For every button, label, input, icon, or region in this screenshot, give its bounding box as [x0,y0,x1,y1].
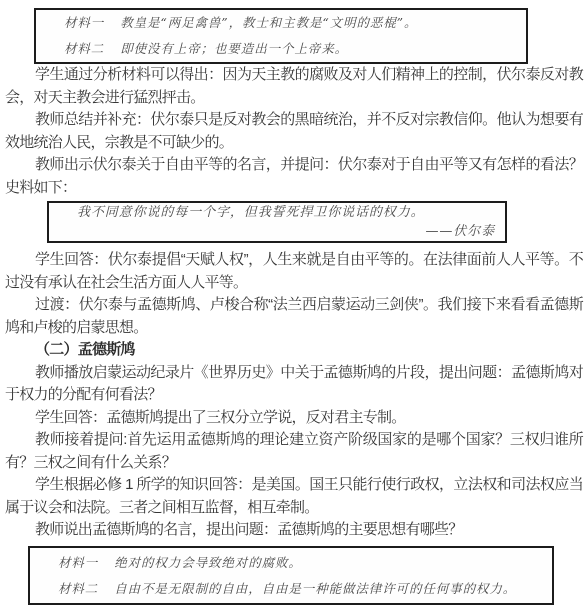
paragraph-teacher-followup-question: 教师接着提问:首先运用孟德斯鸠的理论建立资产阶级国家的是哪个国家？三权归谁所有？… [5,429,583,474]
paragraph-student-answer-voltaire: 学生回答：伏尔泰提倡“天赋人权”，人生来就是自由平等的。在法律面前人人平等。不过… [5,249,583,294]
paragraph-teacher-shows-quote: 教师出示伏尔泰关于自由平等的名言，并提问：伏尔泰对于自由平等又有怎样的看法？史料… [5,154,583,199]
material-one-text: 绝对的权力会导致绝对的腐败。 [114,555,302,570]
lesson-plan-document: 材料一教皇是“两足禽兽”，教士和主教是“文明的恶棍”。 材料二即使没有上帝；也要… [0,0,587,610]
material-two-label: 材料二 [58,581,98,596]
material-two-text: 自由不是无限制的自由，自由是一种能做法律许可的任何事的权力。 [114,581,516,596]
paragraph-teacher-plays-film: 教师播放启蒙运动纪录片《世界历史》中关于孟德斯鸠的片段，提出问题：孟德斯鸠对于权… [5,362,583,407]
paragraph-transition: 过渡：伏尔泰与孟德斯鸠、卢梭合称“法兰西启蒙运动三剑侠”。我们接下来看看孟德斯鸠… [5,294,583,339]
paragraph-teacher-montesquieu-quote: 教师说出孟德斯鸠的名言，提出问题：孟德斯鸠的主要思想有哪些？ [5,519,583,542]
material-line: 材料二即使没有上帝；也要造出一个上帝来。 [64,36,520,62]
paragraph-student-answer-separation: 学生回答：孟德斯鸠提出了三权分立学说，反对君主专制。 [5,407,583,430]
material-one-label: 材料一 [58,555,98,570]
voltaire-materials-box: 材料一教皇是“两足禽兽”，教士和主教是“文明的恶棍”。 材料二即使没有上帝；也要… [34,8,528,64]
material-one-text: 教皇是“两足禽兽”，教士和主教是“文明的恶棍”。 [120,15,417,30]
section-heading-montesquieu: （二）孟德斯鸠 [5,339,583,362]
voltaire-quote-box: 我不同意你说的每一个字，但我誓死捍卫你说话的权力。 ——伏尔泰 [47,201,507,243]
paragraph-student-answer-usa: 学生根据必修 1 所学的知识回答：是美国。国王只能行使行政权，立法权和司法权应当… [5,474,583,519]
material-line: 材料一教皇是“两足禽兽”，教士和主教是“文明的恶棍”。 [64,10,520,36]
material-line: 材料一绝对的权力会导致绝对的腐败。 [58,550,546,576]
material-line: 材料二自由不是无限制的自由，自由是一种能做法律许可的任何事的权力。 [58,576,546,602]
material-one-label: 材料一 [64,15,104,30]
montesquieu-materials-box: 材料一绝对的权力会导致绝对的腐败。 材料二自由不是无限制的自由，自由是一种能做法… [28,546,554,605]
voltaire-quote-attribution: ——伏尔泰 [77,222,495,241]
material-two-label: 材料二 [64,41,104,56]
paragraph-teacher-summary: 教师总结并补充：伏尔泰只是反对教会的黑暗统治，并不反对宗教信仰。他认为想要有效地… [5,109,583,154]
material-two-text: 即使没有上帝；也要造出一个上帝来。 [120,41,348,56]
voltaire-quote-text: 我不同意你说的每一个字，但我誓死捍卫你说话的权力。 [77,203,495,222]
paragraph-student-analysis: 学生通过分析材料可以得出：因为天主教的腐败及对人们精神上的控制，伏尔泰反对教会，… [5,64,583,109]
